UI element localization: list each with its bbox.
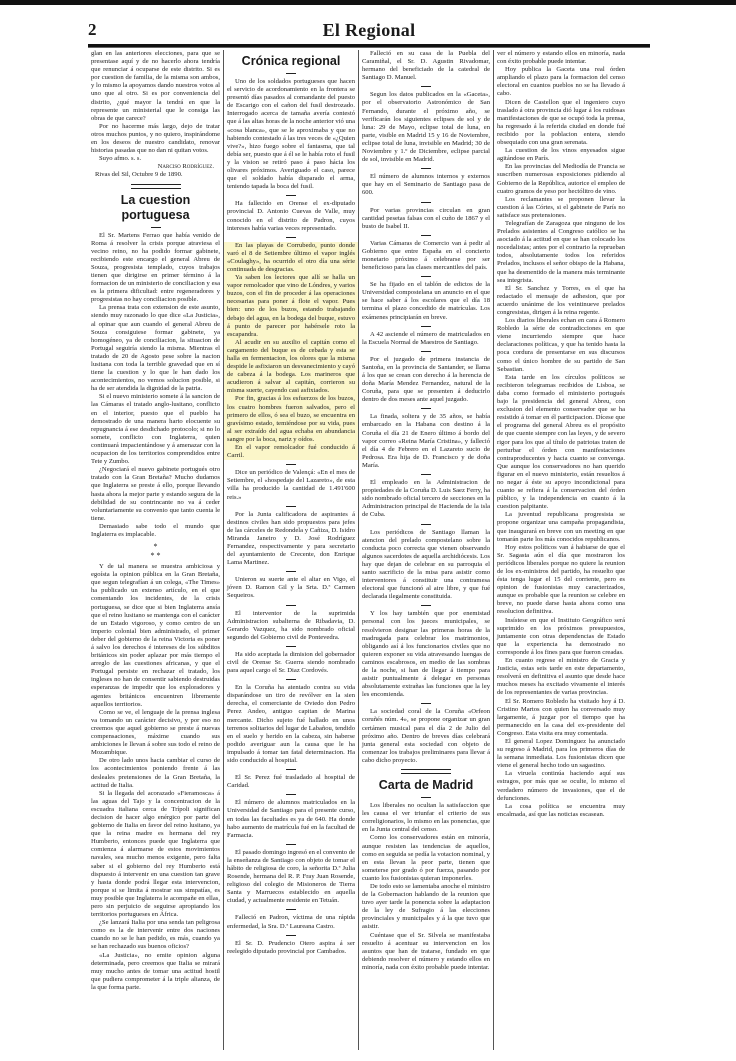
- article-body-continued: Y de tal manera se muestra ambiciosa y e…: [91, 563, 220, 992]
- divider: [421, 168, 431, 169]
- divider: [421, 276, 431, 277]
- highlighted-news-item: En las playas de Corrubedo, punto donde …: [224, 242, 358, 461]
- paragraph: Por el juzgado de primera instancia de S…: [362, 356, 490, 405]
- paragraph: Segun los datos publicados en la «Gaceta…: [362, 91, 490, 164]
- paragraph: Dice un periódico de Valençá: «En el mes…: [227, 469, 355, 501]
- paragraph: Dicen de Castellon que el ingeniero cuyo…: [497, 99, 625, 148]
- paragraph: Por varias provincias circulan en gran c…: [362, 207, 490, 231]
- paragraph: La finada, soltera y de 35 años, se habí…: [362, 413, 490, 470]
- paragraph: Ha sido aceptada la dimision del goberna…: [227, 651, 355, 675]
- divider: [286, 794, 296, 795]
- divider: [286, 195, 296, 196]
- madrid-letter-body: Los liberales no ocultan la satisfaccion…: [362, 802, 490, 972]
- paragraph: La prensa trata con extension de este as…: [91, 304, 220, 393]
- paragraph: El interventor de la suprimida Administr…: [227, 610, 355, 642]
- newspaper-page: 2 El Regional glan en las anteriores ele…: [88, 20, 650, 1050]
- article-text: Por no hacerme más largo, dejo de tratar…: [91, 123, 220, 155]
- divider: [421, 326, 431, 327]
- asterism-divider: ** *: [91, 542, 220, 560]
- section-title-cuestion-portuguesa: La cuestion portuguesa: [91, 193, 220, 223]
- paragraph: Los diarios liberales echan en cara á Ro…: [497, 317, 625, 374]
- divider: [421, 797, 431, 798]
- divider: [421, 605, 431, 606]
- paragraph: Hoy publica la Gaceta una real órden amp…: [497, 66, 625, 98]
- paragraph: La viruela continúa haciendo aquí sus es…: [497, 770, 625, 802]
- article-text: glan en las anteriores elecciones, para …: [91, 50, 220, 123]
- divider: [286, 909, 296, 910]
- scan-top-edge: [0, 0, 736, 5]
- paragraph: La cuestion de los vinos enyesados sigue…: [497, 147, 625, 163]
- paragraph: El pasado domingo ingresó en el convento…: [227, 849, 355, 906]
- paragraph: Hoy estos políticos van á habiarse de qu…: [497, 544, 625, 617]
- paragraph: El Sr. Sanchez y Torres, es el que ha re…: [497, 285, 625, 317]
- madrid-letter-continued: Hoy publica la Gaceta una real órden amp…: [497, 66, 625, 819]
- paragraph: El Sr. Perez fué trasladado al hospital …: [227, 774, 355, 790]
- divider: [286, 935, 296, 936]
- paragraph: ¿Se lanzará Italia por una senda tan pel…: [91, 919, 220, 951]
- paragraph: El Sr. Romero Robledo ha visitado hoy á …: [497, 698, 625, 738]
- paragraph: Y los hay también que por enemistad pers…: [362, 610, 490, 699]
- divider: [421, 408, 431, 409]
- paragraph: En las provincias del Mediodía de Franci…: [497, 163, 625, 195]
- section-title-cronica-regional: Crónica regional: [227, 54, 355, 69]
- paragraph: De otro lado unos hacia cambiar el curso…: [91, 757, 220, 789]
- news-items: Falleció en su casa de la Puebla del Car…: [362, 50, 490, 765]
- paragraph: «La Justicia», no emite opinion alguna d…: [91, 952, 220, 992]
- paragraph: Como se ve, el lenguaje de la prensa ing…: [91, 709, 220, 758]
- paragraph: Los reclamantes se proponen llevar la cu…: [497, 196, 625, 220]
- paragraph: Los liberales no ocultan la satisfaccion…: [362, 802, 490, 834]
- paragraph: El Sr. Martens Ferrao que había venido d…: [91, 232, 220, 305]
- paragraph: Ya saben los lectores que allí se halla …: [227, 274, 355, 339]
- paragraph: El número de alumnos matriculados en la …: [227, 799, 355, 839]
- letter-signature: Narciso Rodríguez.: [91, 163, 214, 171]
- paragraph: Falleció en Padron, víctima de una rápid…: [227, 914, 355, 930]
- paragraph: Unieron su suerte ante el altar en Vigo,…: [227, 576, 355, 600]
- news-items: Uno de los soldados portugueses que hace…: [227, 78, 355, 233]
- divider: [286, 679, 296, 680]
- paragraph: Ha fallecido en Orense el ex-diputado pr…: [227, 200, 355, 232]
- paragraph: Falleció en su casa de la Puebla del Car…: [362, 50, 490, 82]
- divider: [421, 202, 431, 203]
- paragraph: Telegrafían de Zaragoza que ninguno de l…: [497, 220, 625, 285]
- divider: [286, 605, 296, 606]
- column-2: Crónica regional Uno de los soldados por…: [223, 50, 358, 1050]
- paragraph: En la Coruña ha atentado contra su vida …: [227, 684, 355, 765]
- column-3: Falleció en su casa de la Puebla del Car…: [358, 50, 493, 1050]
- paragraph: El número de alumnos internos y externos…: [362, 173, 490, 197]
- letter-place-date: Rivas del Sil, Octubre 9 de 1890.: [91, 171, 220, 179]
- divider: [421, 703, 431, 704]
- paragraph: El empleado en la Administracion de prop…: [362, 479, 490, 519]
- article-text: ver el número y estando ellos en minoría…: [497, 50, 625, 66]
- paragraph: Al acudir en su auxilio el capitán como …: [227, 339, 355, 396]
- paragraph: Si el nuevo ministerio somete á la sanci…: [91, 393, 220, 466]
- divider: [286, 769, 296, 770]
- paragraph: De todo esto se lamentaba anoche el mini…: [362, 883, 490, 932]
- paragraph: Demasiado sabe todo el mundo que Inglate…: [91, 523, 220, 539]
- divider: [421, 474, 431, 475]
- column-1: glan en las anteriores elecciones, para …: [88, 50, 223, 1050]
- paragraph: Cuéntase que el Sr. Silvela se manifesta…: [362, 932, 490, 972]
- newspaper-title: El Regional: [88, 20, 650, 41]
- divider: [421, 235, 431, 236]
- paragraph: Los periódicos de Santiago llaman la ate…: [362, 529, 490, 602]
- paragraph: En el vapor remolcador fué conducido á C…: [227, 444, 355, 460]
- divider: [286, 73, 296, 74]
- columns: glan en las anteriores elecciones, para …: [88, 50, 650, 1050]
- paragraph: Esta tarde en los círculos políticos se …: [497, 374, 625, 512]
- paragraph: Por la Junta calificadora de aspirantes …: [227, 511, 355, 568]
- paragraph: Y de tal manera se muestra ambiciosa y e…: [91, 563, 220, 709]
- paragraph: En las playas de Corrubedo, punto donde …: [227, 242, 355, 274]
- divider: [421, 351, 431, 352]
- letter-closing: Suyo afmo. s. s.: [91, 155, 220, 163]
- paragraph: Insístese en que el Instituto Geográfico…: [497, 617, 625, 657]
- paragraph: La cosa política se encuentra muy encalm…: [497, 803, 625, 819]
- paragraph: La sociedad coral de la Coruña «Orfeon c…: [362, 708, 490, 765]
- paragraph: El Sr. D. Prudencio Otero aspira á ser r…: [227, 940, 355, 956]
- paragraph: Uno de los soldados portugueses que hace…: [227, 78, 355, 191]
- paragraph: Se ha fijado en el tablón de edictos de …: [362, 281, 490, 321]
- divider: [286, 844, 296, 845]
- paragraph: Si la llegada del acorazado «Fieramosca»…: [91, 790, 220, 920]
- paragraph: Por fin, gracias á los esfuerzos de los …: [227, 395, 355, 444]
- masthead-rule: [88, 44, 650, 48]
- divider: [421, 524, 431, 525]
- divider: [151, 227, 161, 228]
- paragraph: A 42 asciende el número de matriculados …: [362, 331, 490, 347]
- masthead: 2 El Regional: [88, 20, 650, 42]
- paragraph: En cuanto regrese el ministro de Gracia …: [497, 657, 625, 697]
- article-body: El Sr. Martens Ferrao que había venido d…: [91, 232, 220, 540]
- paragraph: El general Lopez Dominguez ha anunciado …: [497, 738, 625, 770]
- divider: [401, 769, 451, 774]
- news-items-continued: Dice un periódico de Valençá: «En el mes…: [227, 469, 355, 956]
- column-4: ver el número y estando ellos en minoría…: [493, 50, 628, 1050]
- paragraph: ¿Negociará el nuevo gabinete portugués o…: [91, 466, 220, 523]
- paragraph: Como los conservadores están en minoría,…: [362, 834, 490, 883]
- paragraph: Varias Cámaras de Comercio van á pedir a…: [362, 240, 490, 272]
- divider: [421, 86, 431, 87]
- paragraph: La juventud republicana progresista se p…: [497, 511, 625, 543]
- divider: [286, 237, 296, 238]
- divider: [286, 506, 296, 507]
- section-title-carta-de-madrid: Carta de Madrid: [362, 778, 490, 793]
- divider: [131, 184, 181, 189]
- divider: [286, 646, 296, 647]
- divider: [286, 464, 296, 465]
- divider: [286, 571, 296, 572]
